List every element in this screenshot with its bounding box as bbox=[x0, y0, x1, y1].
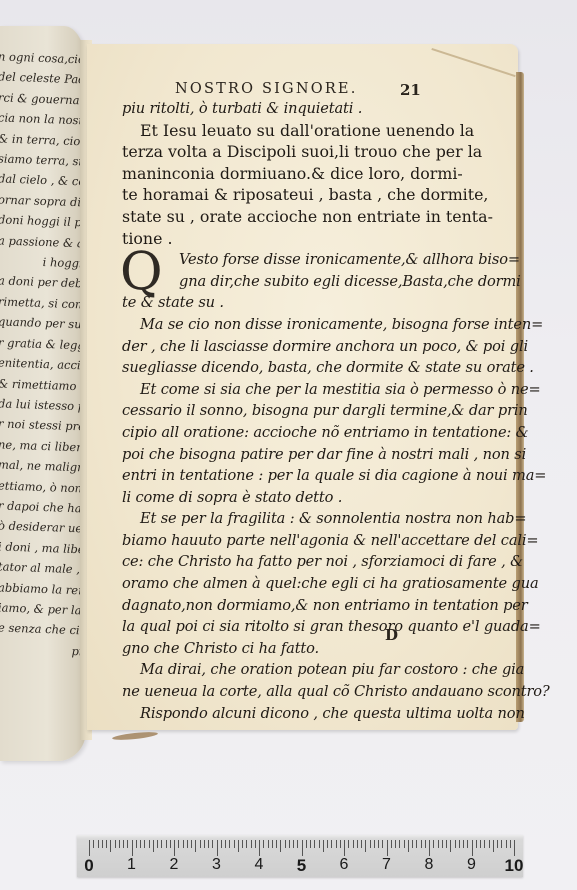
ruler-tick bbox=[212, 840, 213, 848]
text-line: li come di sopra è stato detto . bbox=[122, 487, 422, 509]
text-line: Ma se cio non disse ironicamente, bisogn… bbox=[122, 314, 422, 336]
ruler-tick bbox=[187, 840, 188, 848]
text-line: biamo hauuto parte nell'agonia & nell'ac… bbox=[122, 530, 422, 552]
text-line: Ma dirai, che oration potean piu far cos… bbox=[122, 659, 422, 681]
left-page-line: piu bbox=[0, 638, 86, 662]
ruler-tick bbox=[285, 840, 286, 848]
ruler-tick bbox=[115, 840, 116, 848]
left-page-line: del celeste Padre no bbox=[0, 67, 86, 91]
ruler-tick bbox=[421, 840, 422, 848]
ruler-tick bbox=[472, 840, 473, 856]
ruler-tick bbox=[89, 840, 90, 856]
ruler-tick bbox=[395, 840, 396, 848]
ruler-tick bbox=[280, 840, 281, 852]
ruler-tick bbox=[225, 840, 226, 848]
text-line: dagnato,non dormiamo,& non entriamo in t… bbox=[122, 595, 422, 617]
ruler-tick bbox=[336, 840, 337, 848]
ruler-tick bbox=[438, 840, 439, 848]
left-page-line: ò desiderar uendetta, bbox=[0, 516, 86, 540]
ruler-tick bbox=[234, 840, 235, 848]
ruler-tick bbox=[514, 840, 515, 856]
ruler-tick bbox=[365, 840, 366, 852]
ruler-tick bbox=[229, 840, 230, 848]
ruler-tick bbox=[506, 840, 507, 848]
ruler-tick bbox=[119, 840, 120, 848]
ruler-tick bbox=[204, 840, 205, 848]
roman-paragraph: piu ritolti, ò turbati & inquietati .Et … bbox=[122, 98, 422, 249]
ruler-ticks: 012345678910 bbox=[89, 838, 514, 858]
ruler-tick bbox=[412, 840, 413, 848]
ruler-tick bbox=[467, 840, 468, 848]
text-line: Et come si sia che per la mestitia sia ò… bbox=[122, 379, 422, 401]
ruler-tick bbox=[314, 840, 315, 848]
ruler-tick bbox=[178, 840, 179, 848]
ruler-tick bbox=[123, 840, 124, 848]
ruler-tick bbox=[501, 840, 502, 848]
text-line: tione . bbox=[122, 228, 422, 250]
text-line: der , che li lasciasse dormire anchora u… bbox=[122, 336, 422, 358]
text-line: ce: che Christo ha fatto per noi , sforz… bbox=[122, 551, 422, 573]
ruler-label: 2 bbox=[170, 856, 179, 874]
ruler-tick bbox=[255, 840, 256, 848]
ruler-tick bbox=[399, 840, 400, 848]
ruler-tick bbox=[408, 840, 409, 852]
ruler-tick bbox=[195, 840, 196, 852]
ruler-tick bbox=[144, 840, 145, 848]
ruler-tick bbox=[331, 840, 332, 848]
text-line: poi che bisogna patire per dar fine à no… bbox=[122, 444, 422, 466]
ruler-tick bbox=[306, 840, 307, 848]
ruler-tick bbox=[127, 840, 128, 848]
ruler-tick bbox=[357, 840, 358, 848]
ruler-tick bbox=[353, 840, 354, 848]
ruler-tick bbox=[387, 840, 388, 856]
ruler-tick bbox=[450, 840, 451, 852]
text-line: entri in tentatione : per la quale si di… bbox=[122, 465, 422, 487]
ruler-label: 0 bbox=[84, 856, 93, 876]
ruler-tick bbox=[476, 840, 477, 848]
ruler-label: 4 bbox=[255, 856, 264, 874]
ruler-tick bbox=[404, 840, 405, 848]
text-line: Vesto forse disse ironicamente,& allhora… bbox=[122, 249, 422, 271]
page-body-text: piu ritolti, ò turbati & inquietati .Et … bbox=[122, 98, 422, 724]
ruler-tick bbox=[433, 840, 434, 848]
ruler-tick bbox=[170, 840, 171, 848]
ruler-tick bbox=[497, 840, 498, 848]
ruler-tick bbox=[132, 840, 133, 856]
ruler-tick bbox=[174, 840, 175, 856]
ruler-tick bbox=[136, 840, 137, 848]
ruler-tick bbox=[463, 840, 464, 848]
text-line: Et Iesu leuato su dall'oratione uenendo … bbox=[122, 120, 422, 142]
drop-cap-letter: Q bbox=[120, 246, 163, 298]
text-line: maninconia dormiuano.& dice loro, dormi- bbox=[122, 163, 422, 185]
ruler-tick bbox=[425, 840, 426, 848]
ruler-tick bbox=[297, 840, 298, 848]
left-page-line: quando per sua gratia bbox=[0, 312, 86, 336]
ruler-tick bbox=[102, 840, 103, 848]
text-line: cipio all oratione: accioche nõ entriamo… bbox=[122, 422, 422, 444]
ruler-tick bbox=[183, 840, 184, 848]
text-line: Et se per la fragilita : & sonnolentia n… bbox=[122, 508, 422, 530]
left-page-line: tator al male , per sua bbox=[0, 557, 86, 581]
ruler-tick bbox=[98, 840, 99, 848]
ruler-tick bbox=[289, 840, 290, 848]
ruler-tick bbox=[489, 840, 490, 848]
ruler-label: 10 bbox=[505, 856, 524, 876]
ruler-tick bbox=[153, 840, 154, 852]
ruler-tick bbox=[323, 840, 324, 852]
text-line: Rispondo alcuni dicono , che questa ulti… bbox=[122, 703, 422, 725]
left-page-line: doni hoggi il pan no- bbox=[0, 210, 86, 234]
ruler-tick bbox=[416, 840, 417, 848]
ruler-tick bbox=[510, 840, 511, 848]
ruler-tick bbox=[391, 840, 392, 848]
ruler-tick bbox=[370, 840, 371, 848]
ruler-tick bbox=[276, 840, 277, 848]
ruler-tick bbox=[221, 840, 222, 848]
text-line: te & state su . bbox=[122, 292, 422, 314]
ruler-tick bbox=[268, 840, 269, 848]
left-page-line: mal, ne maligno tenta- bbox=[0, 455, 86, 479]
ruler-tick bbox=[149, 840, 150, 848]
ruler-tick bbox=[344, 840, 345, 856]
ruler-tick bbox=[340, 840, 341, 848]
ruler-tick bbox=[272, 840, 273, 848]
measurement-ruler: 012345678910 bbox=[77, 835, 523, 877]
ruler-tick bbox=[161, 840, 162, 848]
text-line: gno che Christo ci ha fatto. bbox=[122, 638, 422, 660]
signature-mark: D bbox=[385, 626, 398, 644]
ruler-label: 3 bbox=[212, 856, 221, 874]
ruler-tick bbox=[251, 840, 252, 848]
ruler-tick bbox=[361, 840, 362, 848]
text-line: state su , orate accioche non entriate i… bbox=[122, 206, 422, 228]
text-line: piu ritolti, ò turbati & inquietati . bbox=[122, 98, 422, 120]
left-page-line: r noi stessi preghiamo. bbox=[0, 414, 86, 438]
ruler-tick bbox=[259, 840, 260, 856]
text-line: cessario il sonno, bisogna pur dargli te… bbox=[122, 400, 422, 422]
text-line: suegliasse dicendo, basta, che dormite &… bbox=[122, 357, 422, 379]
ruler-tick bbox=[200, 840, 201, 848]
ruler-tick bbox=[348, 840, 349, 848]
page-number: 21 bbox=[400, 81, 421, 99]
left-page-line: cia non la nostra, ma bbox=[0, 108, 86, 132]
ruler-tick bbox=[166, 840, 167, 848]
ruler-tick bbox=[493, 840, 494, 852]
ruler-tick bbox=[238, 840, 239, 852]
text-line: la qual poi ci sia ritolto si gran theso… bbox=[122, 616, 422, 638]
ruler-tick bbox=[242, 840, 243, 848]
ruler-label: 7 bbox=[382, 856, 391, 874]
ruler-label: 8 bbox=[425, 856, 434, 874]
ruler-tick bbox=[382, 840, 383, 848]
ruler-tick bbox=[442, 840, 443, 848]
text-line: ne ueneua la corte, alla qual cõ Christo… bbox=[122, 681, 422, 703]
ruler-tick bbox=[429, 840, 430, 856]
ruler-tick bbox=[310, 840, 311, 848]
ruler-label: 6 bbox=[340, 856, 349, 874]
ruler-tick bbox=[455, 840, 456, 848]
italic-paragraphs: Ma se cio non disse ironicamente, bisogn… bbox=[122, 314, 422, 724]
ruler-tick bbox=[217, 840, 218, 856]
ruler-tick bbox=[446, 840, 447, 848]
ruler-tick bbox=[293, 840, 294, 848]
ruler-tick bbox=[140, 840, 141, 848]
ruler-tick bbox=[263, 840, 264, 848]
text-line: te horamai & riposateui , basta , che do… bbox=[122, 184, 422, 206]
ruler-tick bbox=[374, 840, 375, 848]
ruler-tick bbox=[327, 840, 328, 848]
ruler-tick bbox=[246, 840, 247, 848]
page-stain bbox=[112, 731, 158, 742]
ruler-tick bbox=[208, 840, 209, 848]
text-line: oramo che almen à quel:che egli ci ha gr… bbox=[122, 573, 422, 595]
ruler-label: 5 bbox=[297, 856, 306, 876]
left-page-line: a passione & all'ope- bbox=[0, 230, 86, 254]
left-page-line: e senza che ci siam mai bbox=[0, 618, 86, 642]
ruler-tick bbox=[106, 840, 107, 848]
ruler-tick bbox=[110, 840, 111, 852]
ruler-label: 9 bbox=[467, 856, 476, 874]
ruler-tick bbox=[93, 840, 94, 848]
ruler-tick bbox=[378, 840, 379, 848]
ruler-tick bbox=[302, 840, 303, 856]
ruler-tick bbox=[157, 840, 158, 848]
text-line: terza volta a Discipoli suoi,li trouo ch… bbox=[122, 141, 422, 163]
ruler-tick bbox=[191, 840, 192, 848]
running-head: NOSTRO SIGNORE. bbox=[175, 81, 358, 97]
text-line: gna dir,che subito egli dicesse,Basta,ch… bbox=[122, 271, 422, 293]
ruler-tick bbox=[480, 840, 481, 848]
left-page-line: enitentia, accioche frut bbox=[0, 352, 86, 376]
left-page-text: n ogni cosa,cioè,chedel celeste Padre no… bbox=[0, 46, 86, 661]
ruler-label: 1 bbox=[127, 856, 136, 874]
ruler-tick bbox=[459, 840, 460, 848]
left-page: n ogni cosa,cioè,chedel celeste Padre no… bbox=[0, 26, 86, 761]
drop-cap-paragraph: Q Vesto forse disse ironicamente,& allho… bbox=[122, 249, 422, 314]
ruler-tick bbox=[484, 840, 485, 848]
ruler-tick bbox=[319, 840, 320, 848]
